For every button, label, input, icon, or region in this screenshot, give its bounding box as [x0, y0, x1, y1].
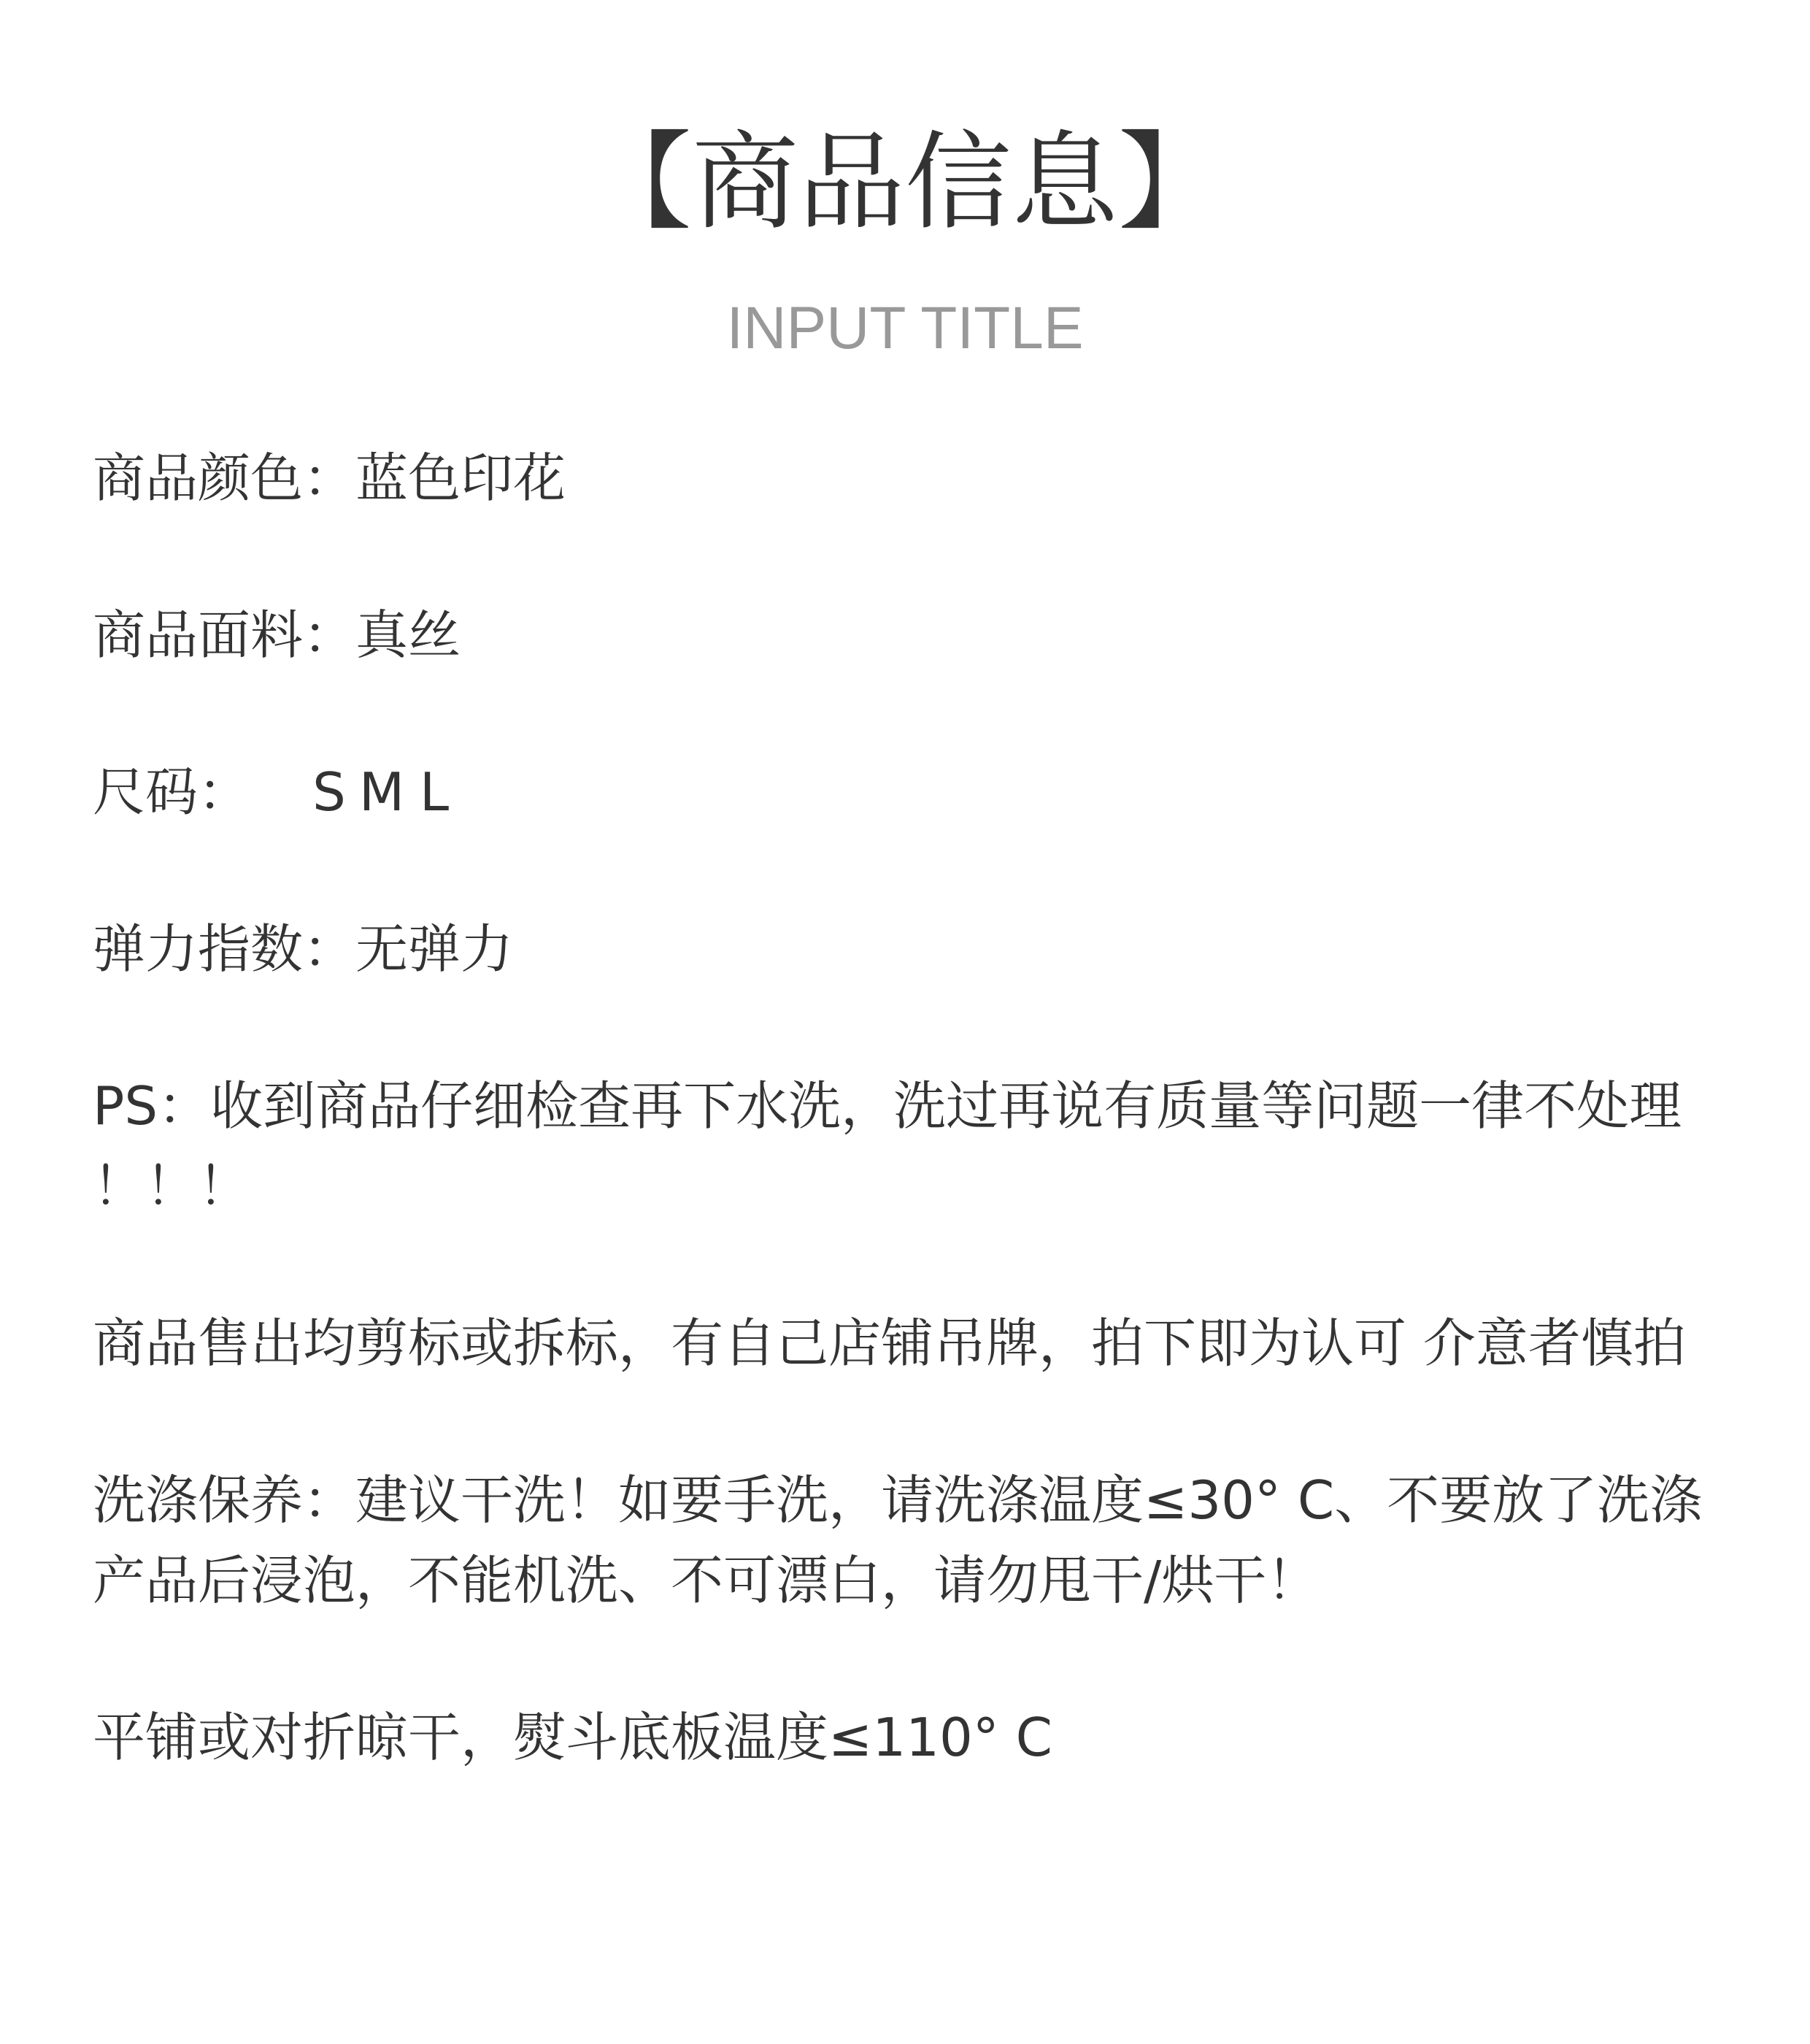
drying-ironing-line: 平铺或对折晾干，熨斗底板温度≤110° C	[93, 1697, 1742, 1778]
tag-notice: 商品售出均剪标或拆标，有自己店铺吊牌，拍下即为认可 介意者慎拍	[93, 1303, 1742, 1383]
product-color-value: 蓝色印花	[355, 447, 566, 509]
product-elasticity-value: 无弹力	[355, 918, 513, 980]
page-title: 【商品信息】	[0, 117, 1810, 248]
drying-ironing: 平铺或对折晾干，熨斗底板温度≤110° C	[93, 1697, 1742, 1778]
ps-notice-line: ！！！	[93, 1146, 1742, 1226]
product-color-label: 商品颜色：	[93, 447, 355, 509]
page-subtitle: INPUT TITLE	[0, 292, 1810, 365]
washing-care-line: 产品后浸泡，不能机洗、不可漂白，请勿甩干/烘干！	[93, 1540, 1742, 1621]
size-option-l: L	[408, 752, 461, 832]
ps-notice-line: PS：收到商品仔细检查再下水洗，洗过再说有质量等问题一律不处理	[93, 1066, 1742, 1146]
product-size-label: 尺码：	[93, 761, 250, 823]
product-info-content: 商品颜色：蓝色印花 商品面料：真丝 尺码：SML 弹力指数：无弹力 PS：收到商…	[93, 438, 1742, 1854]
size-option-s: S	[303, 752, 355, 832]
washing-care-line: 洗涤保养：建议干洗！如要手洗，请洗涤温度≤30° C、不要放了洗涤	[93, 1460, 1742, 1540]
product-size-row: 尺码：SML	[93, 752, 1742, 832]
product-fabric-label: 商品面料：	[93, 604, 355, 666]
product-elasticity-label: 弹力指数：	[93, 918, 355, 980]
product-color-row: 商品颜色：蓝色印花	[93, 438, 1742, 518]
product-fabric-value: 真丝	[355, 604, 461, 666]
size-option-m: M	[355, 752, 408, 832]
product-fabric-row: 商品面料：真丝	[93, 595, 1742, 675]
product-elasticity-row: 弹力指数：无弹力	[93, 909, 1742, 989]
washing-care: 洗涤保养：建议干洗！如要手洗，请洗涤温度≤30° C、不要放了洗涤 产品后浸泡，…	[93, 1460, 1742, 1621]
tag-notice-line: 商品售出均剪标或拆标，有自己店铺吊牌，拍下即为认可 介意者慎拍	[93, 1303, 1742, 1383]
ps-notice: PS：收到商品仔细检查再下水洗，洗过再说有质量等问题一律不处理 ！！！	[93, 1066, 1742, 1226]
